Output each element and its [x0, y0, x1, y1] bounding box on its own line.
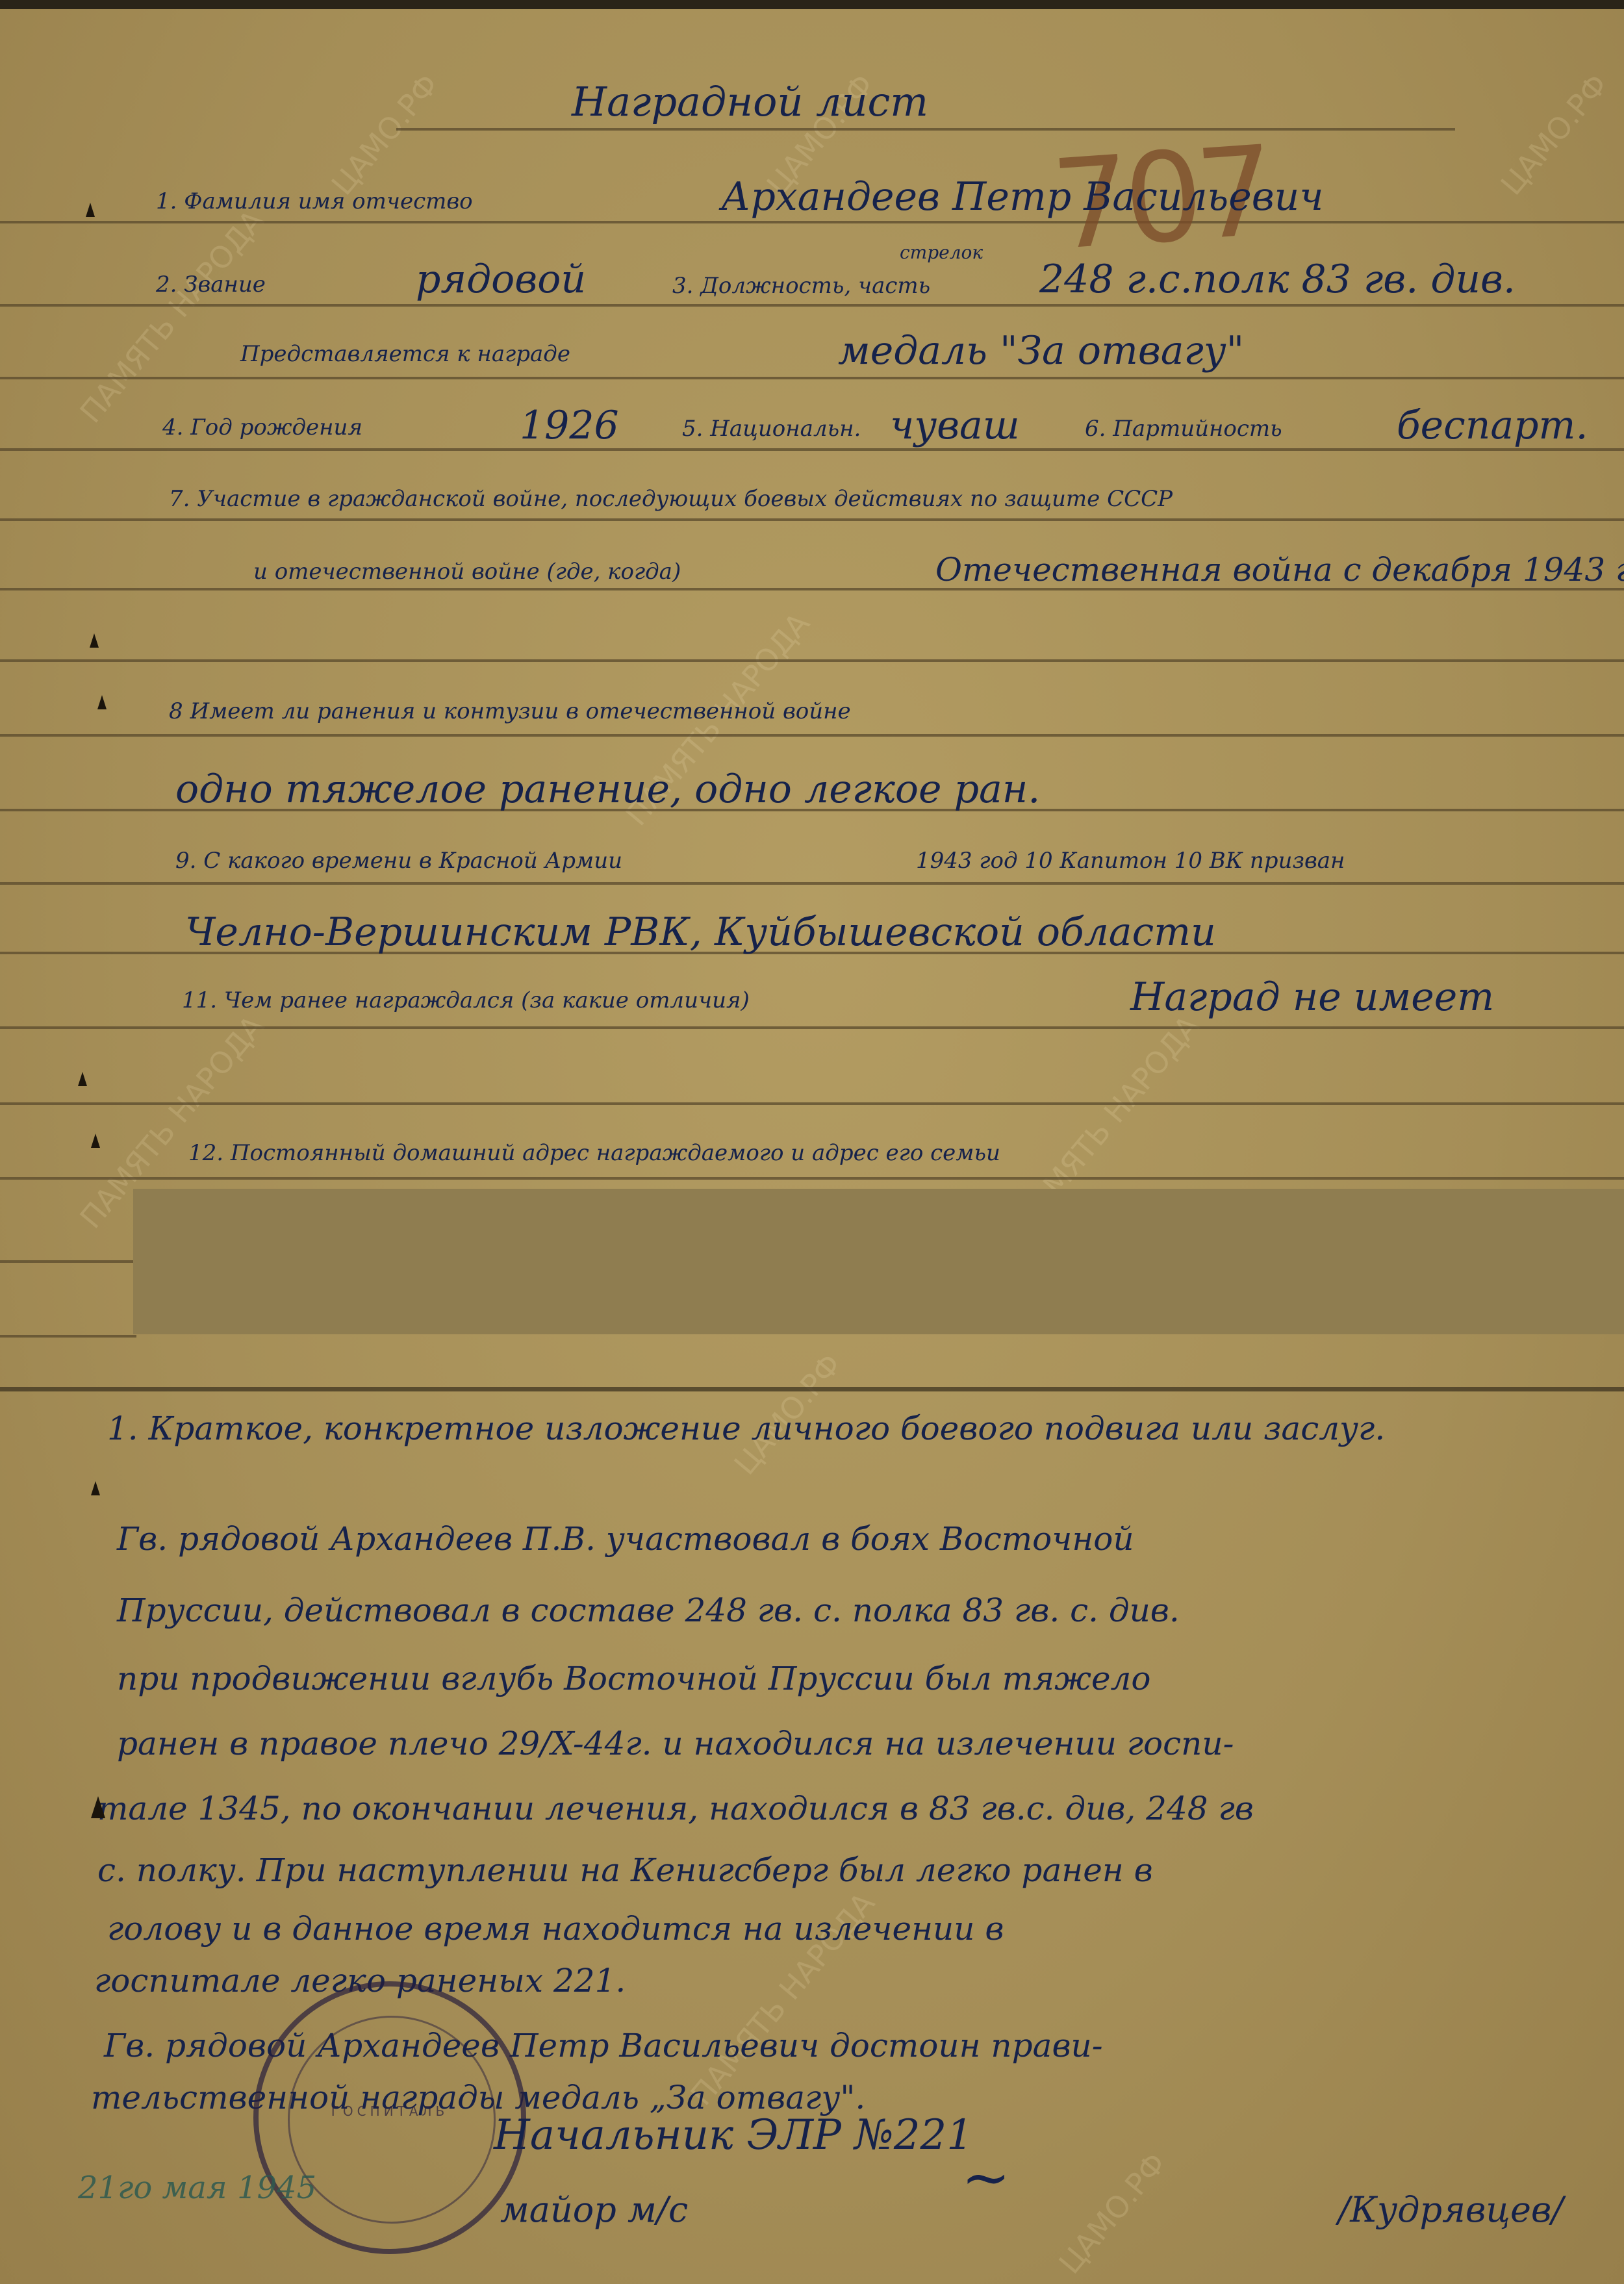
official-seal: ГОСПИТАЛЬ: [253, 1981, 526, 2254]
narrative-line: с. полку. При наступлении на Кенигсберг …: [97, 1851, 1153, 1889]
field-7-label-2: и отечественной войне (где, когда): [253, 559, 681, 585]
ruled-line: [0, 1335, 136, 1338]
field-5-label: 5. Национальн.: [682, 416, 861, 442]
document-date: 21го мая 1945: [78, 2170, 316, 2206]
section-2-heading: 1. Краткое, конкретное изложение личного…: [107, 1410, 1385, 1447]
award-value: медаль "За отвагу": [838, 328, 1244, 374]
field-11-label: 11. Чем ранее награждался (за какие отли…: [182, 987, 750, 1013]
field-8-label: 8 Имеет ли ранения и контузии в отечеств…: [169, 698, 851, 724]
field-3-annotation: стрелок: [900, 242, 983, 263]
ruled-line: [0, 1026, 1624, 1029]
watermark: ПАМЯТЬ НАРОДА: [73, 203, 271, 429]
signatory-rank: майор м/с: [500, 2189, 688, 2230]
document-title: Наградной лист: [572, 78, 928, 125]
ruled-line: [0, 518, 1624, 521]
field-4-label: 4. Год рождения: [162, 414, 362, 440]
handwritten-signature: ~: [961, 2144, 1010, 2212]
field-3-value: 248 г.с.полк 83 гв. див.: [1039, 257, 1516, 302]
ruled-line: [0, 448, 1624, 451]
binding-hole: [91, 1134, 100, 1148]
ruled-line: [0, 304, 1624, 307]
ruled-line: [0, 221, 1624, 223]
field-7-label: 7. Участие в гражданской войне, последую…: [169, 486, 1173, 512]
field-8-value: одно тяжелое ранение, одно легкое ран.: [175, 767, 1040, 812]
redacted-address-block: [133, 1189, 1624, 1334]
narrative-line: при продвижении вглубь Восточной Пруссии…: [117, 1660, 1150, 1697]
watermark: ЦАМО.РФ: [325, 67, 446, 201]
narrative-line: Гв. рядовой Архандеев П.В. участвовал в …: [117, 1520, 1134, 1558]
signatory-title: Начальник ЭЛР №221: [494, 2111, 973, 2159]
field-9-value-2: Челно-Вершинским РВК, Куйбышевской облас…: [185, 909, 1216, 955]
field-1-value: Архандеев Петр Васильевич: [721, 174, 1324, 220]
field-9-value: 1943 год 10 Капитон 10 ВК призван: [916, 848, 1345, 874]
binding-hole: [90, 633, 99, 648]
narrative-line: голову и в данное время находится на изл…: [107, 1910, 1004, 1948]
ruled-line: [0, 1177, 1624, 1180]
field-2-label: 2. Звание: [156, 272, 266, 298]
award-sheet-page: ЦАМО.РФ ЦАМО.РФ ЦАМО.РФ ПАМЯТЬ НАРОДА ПА…: [0, 0, 1624, 2284]
field-2-value: рядовой: [416, 257, 586, 302]
ruled-line: [0, 882, 1624, 885]
narrative-line: тале 1345, по окончании лечения, находил…: [97, 1790, 1254, 1827]
binding-hole: [97, 695, 107, 709]
field-6-value: беспарт.: [1397, 403, 1588, 448]
signatory-name: /Кудрявцев/: [1338, 2189, 1564, 2230]
title-underline: [396, 128, 1455, 131]
watermark: ЦАМО.РФ: [1494, 67, 1615, 201]
watermark: ЦАМО.РФ: [1052, 2146, 1173, 2280]
ruled-line: [0, 659, 1624, 662]
section-divider: [0, 1387, 1624, 1391]
field-12-label: 12. Постоянный домашний адрес награждаем…: [188, 1140, 1000, 1166]
scan-edge: [0, 0, 1624, 9]
ruled-line: [0, 734, 1624, 737]
ruled-line: [0, 1260, 136, 1263]
field-1-label: 1. Фамилия имя отчество: [156, 188, 473, 214]
field-11-value: Наград не имеет: [1130, 974, 1494, 1020]
field-7-value: Отечественная война с декабря 1943 года: [935, 551, 1624, 589]
field-6-label: 6. Партийность: [1085, 416, 1282, 442]
ruled-line: [0, 1102, 1624, 1105]
narrative-line: Пруссии, действовал в составе 248 гв. с.…: [117, 1592, 1180, 1629]
award-label: Представляется к награде: [240, 341, 570, 367]
binding-hole: [86, 203, 95, 217]
field-9-label: 9. С какого времени в Красной Армии: [175, 848, 622, 874]
field-3-label: 3. Должность, часть: [672, 273, 930, 299]
narrative-line: Гв. рядовой Архандеев Петр Васильевич до…: [104, 2027, 1103, 2064]
seal-text: ГОСПИТАЛЬ: [259, 2103, 521, 2119]
narrative-line: ранен в правое плечо 29/X-44г. и находил…: [117, 1725, 1234, 1762]
binding-hole: [91, 1481, 100, 1495]
field-5-value: чуваш: [890, 403, 1020, 448]
ruled-line: [0, 377, 1624, 379]
field-4-value: 1926: [520, 403, 619, 448]
binding-hole: [78, 1072, 87, 1086]
